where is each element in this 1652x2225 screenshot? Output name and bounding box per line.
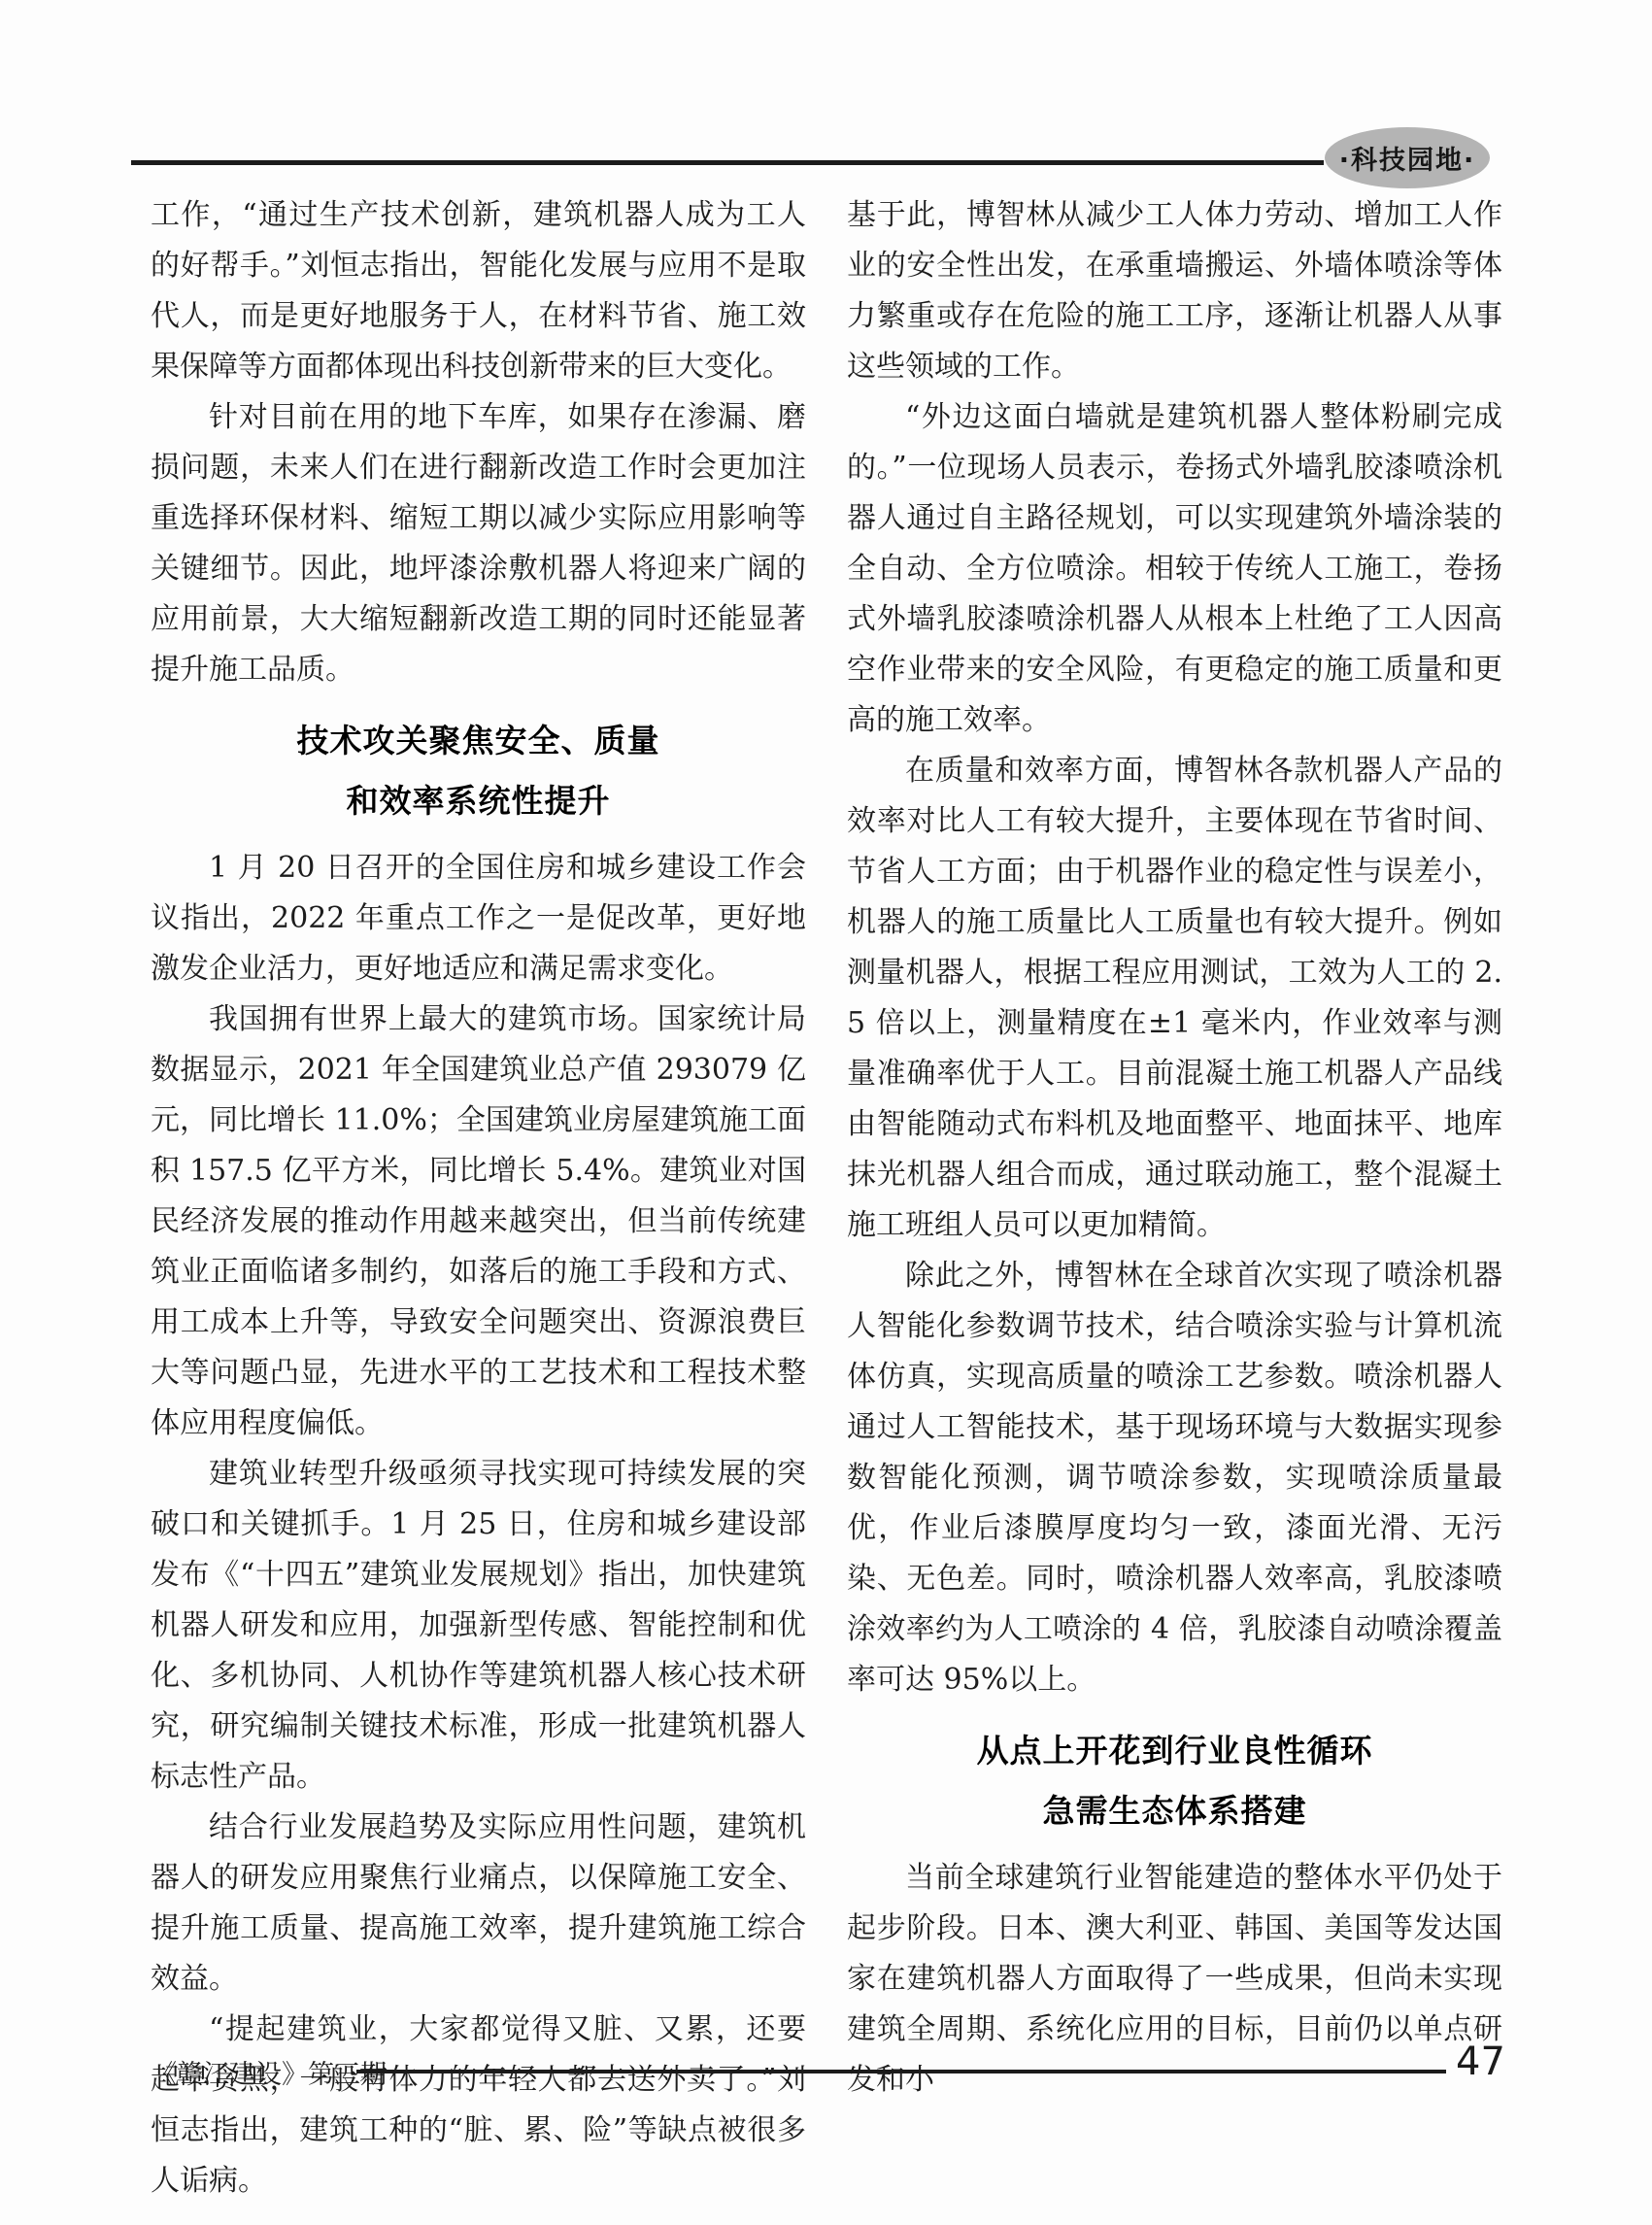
footer-rule [356,2070,1446,2073]
footer-journal-title: 《赣江建设》第三期 [151,2053,387,2091]
body-paragraph: 1 月 20 日召开的全国住房和城乡建设工作会议指出，2022 年重点工作之一是… [151,843,806,995]
body-paragraph: “提起建筑业，大家都觉得又脏、又累，还要起早贪黑，一般有体力的年轻人都去送外卖了… [151,2005,806,2207]
body-paragraph: 结合行业发展趋势及实际应用性问题，建筑机器人的研发应用聚焦行业痛点，以保障施工安… [151,1803,806,2005]
header-rule [131,160,1324,165]
body-paragraph: 在质量和效率方面，博智林各款机器人产品的效率对比人工有较大提升，主要体现在节省时… [847,746,1502,1251]
section-heading-line: 急需生态体系搭建 [847,1781,1502,1841]
section-heading-line: 从点上开花到行业良性循环 [847,1721,1502,1781]
body-paragraph: 基于此，博智林从减少工人体力劳动、增加工人作业的安全性出发，在承重墙搬运、外墙体… [847,190,1502,392]
page-number: 47 [1456,2040,1505,2084]
body-paragraph: 针对目前在用的地下车库，如果存在渗漏、磨损问题，未来人们在进行翻新改造工作时会更… [151,392,806,695]
right-column: 基于此，博智林从减少工人体力劳动、增加工人作业的安全性出发，在承重墙搬运、外墙体… [847,190,1502,2207]
section-heading-line: 技术攻关聚焦安全、质量 [151,711,806,771]
section-badge: ·科技园地· [1325,127,1490,188]
body-paragraph: 除此之外，博智林在全球首次实现了喷涂机器人智能化参数调节技术，结合喷涂实验与计算… [847,1251,1502,1705]
left-column: 工作，“通过生产技术创新，建筑机器人成为工人的好帮手。”刘恒志指出，智能化发展与… [151,190,806,2207]
body-paragraph: 工作，“通过生产技术创新，建筑机器人成为工人的好帮手。”刘恒志指出，智能化发展与… [151,190,806,392]
journal-page: ·科技园地· 工作，“通过生产技术创新，建筑机器人成为工人的好帮手。”刘恒志指出… [0,0,1652,2225]
section-badge-label: ·科技园地· [1339,139,1476,177]
body-paragraph: 建筑业转型升级亟须寻找实现可持续发展的突破口和关键抓手。1 月 25 日，住房和… [151,1449,806,1803]
section-heading: 从点上开花到行业良性循环急需生态体系搭建 [847,1721,1502,1841]
page-footer: 《赣江建设》第三期 47 [151,2043,1502,2102]
article-body: 工作，“通过生产技术创新，建筑机器人成为工人的好帮手。”刘恒志指出，智能化发展与… [151,190,1502,2207]
body-paragraph: 我国拥有世界上最大的建筑市场。国家统计局数据显示，2021 年全国建筑业总产值 … [151,995,806,1449]
section-heading-line: 和效率系统性提升 [151,771,806,831]
section-heading: 技术攻关聚焦安全、质量和效率系统性提升 [151,711,806,831]
body-paragraph: “外边这面白墙就是建筑机器人整体粉刷完成的。”一位现场人员表示，卷扬式外墙乳胶漆… [847,392,1502,746]
